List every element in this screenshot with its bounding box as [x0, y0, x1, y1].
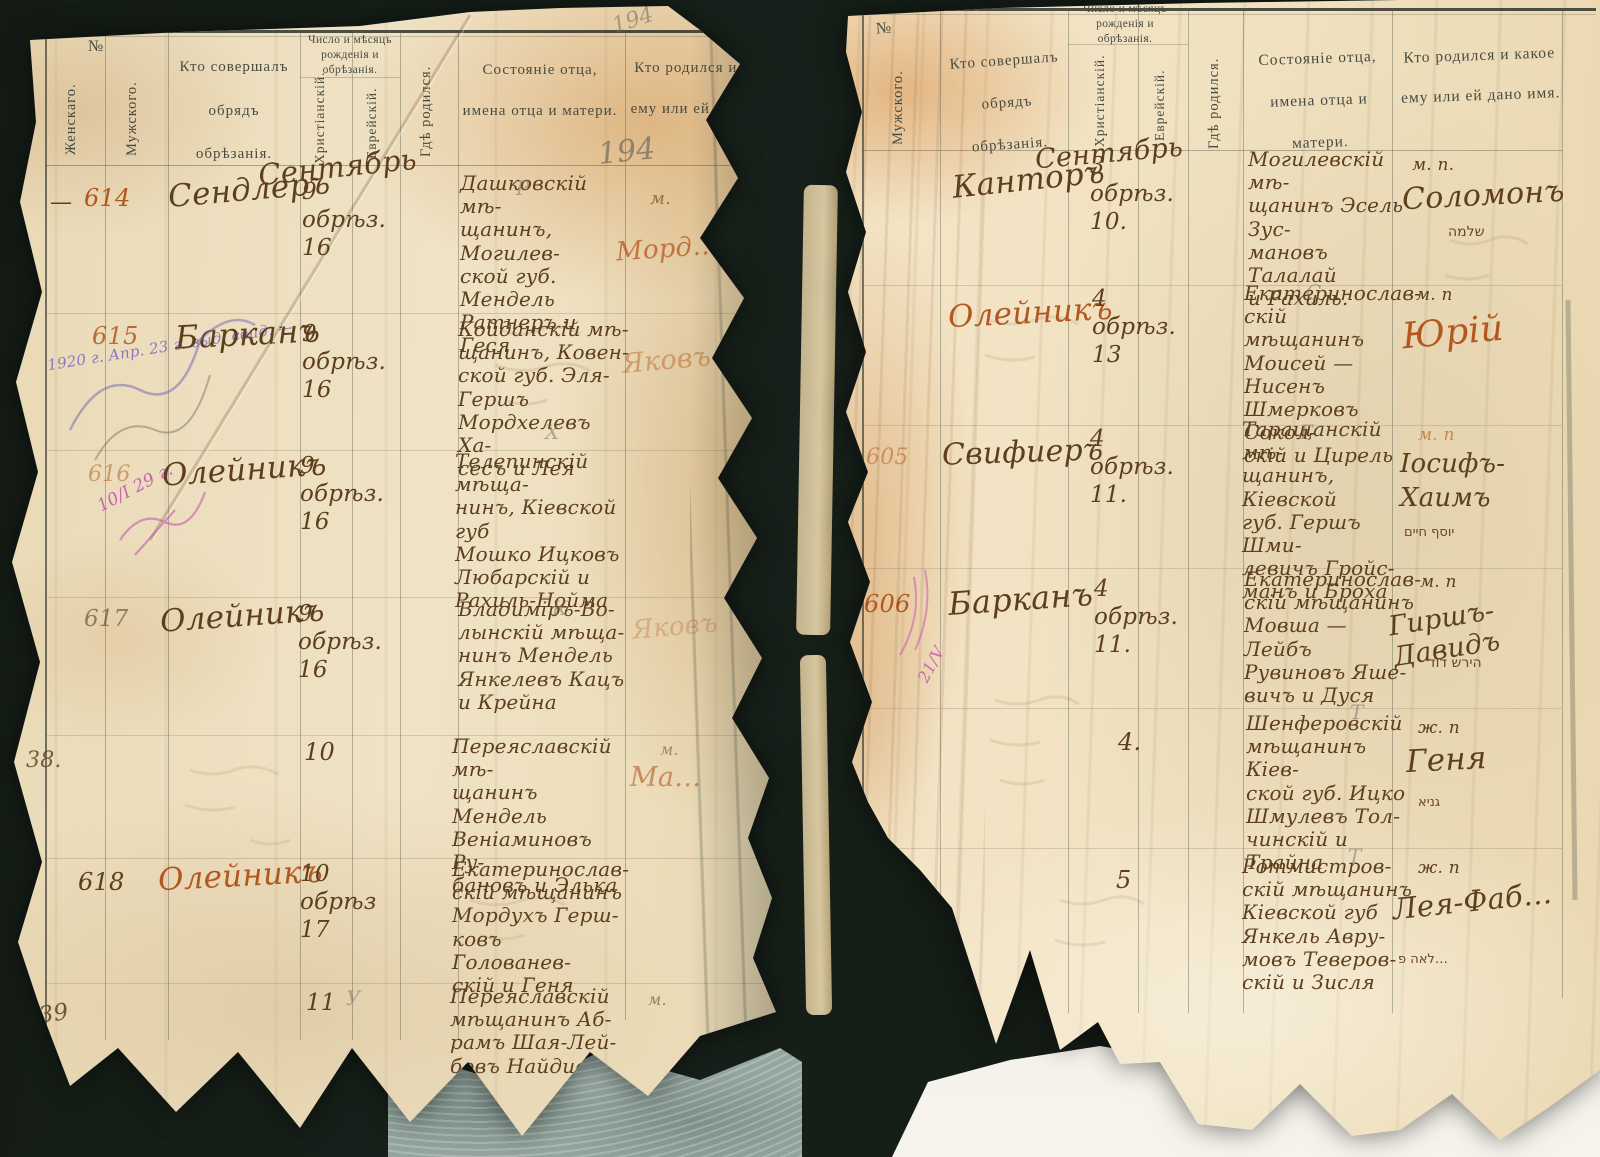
entry-sex: ж. п — [1418, 858, 1460, 878]
pencil-mark: Г — [1300, 420, 1313, 444]
entry-father: Шенферовскій мѣщанинъ Кіев- ской губ. Иц… — [1246, 712, 1422, 874]
entry-dates: 4 обрѣз. 11. — [1094, 575, 1178, 659]
pink-annotation: 21/V — [914, 643, 949, 686]
entry-sex: м. п — [1416, 285, 1453, 305]
header-no: № — [875, 19, 892, 38]
entry-performer: Олейникъ — [947, 291, 1113, 336]
entry-dates: 4 обрѣз. 11. — [1090, 425, 1174, 509]
entry-no: 606 — [864, 590, 910, 618]
header-dates: Число и мѣсяцъ рожденія и обрѣзанія. — [1068, 2, 1182, 47]
header-birthplace: Гдѣ родился. — [1206, 52, 1223, 154]
entry-name-hebrew: גניא — [1418, 795, 1440, 810]
entry-sex: м. п — [1418, 425, 1455, 445]
entry-no: 605 — [866, 445, 909, 470]
entry-sex: м. п. — [1412, 155, 1454, 175]
right-page: № Мужского. Кто совершалъ обрядъ обрѣзан… — [0, 0, 1600, 1157]
entry-dates: 5 — [1116, 866, 1131, 894]
entry-sex: м. п — [1420, 572, 1457, 592]
archival-register-scan: № Кто совершалъ обрядъ обрѣзанія. Число … — [0, 0, 1600, 1157]
entry-dates: 3 обрѣз. 10. — [1090, 152, 1174, 236]
entry-dates: 4 обрѣз. 13 — [1092, 285, 1176, 369]
pencil-mark: С — [1306, 280, 1321, 304]
entry-name: Іосифъ- Хаимъ — [1400, 448, 1550, 516]
entry-performer: Барканъ — [947, 575, 1094, 623]
entry-dates: 4. — [1118, 728, 1141, 756]
entry-name-hebrew: הירש דוד — [1428, 655, 1482, 671]
entry-name: Гиршъ-Давидъ — [1386, 579, 1600, 673]
pencil-mark: Т — [1350, 700, 1363, 724]
entry-performer: Свифиеръ — [941, 432, 1103, 473]
entry-name: Геня — [1405, 740, 1487, 780]
entry-name: Соломонъ — [1401, 174, 1565, 217]
entry-name-hebrew: לאה פ… — [1398, 952, 1448, 967]
header-name: Кто родился и какое ему или ей дано имя. — [1395, 33, 1566, 119]
header-male: Мужского. — [890, 60, 907, 155]
header-christian: Христіанскій. — [1092, 55, 1108, 147]
entry-name: Юрій — [1400, 308, 1505, 358]
entry-name-hebrew: יוסף חיים — [1404, 525, 1454, 540]
pencil-mark: Т — [1348, 844, 1361, 868]
entry-name-hebrew: שלמה — [1448, 224, 1485, 240]
entry-sex: ж. п — [1418, 718, 1460, 738]
